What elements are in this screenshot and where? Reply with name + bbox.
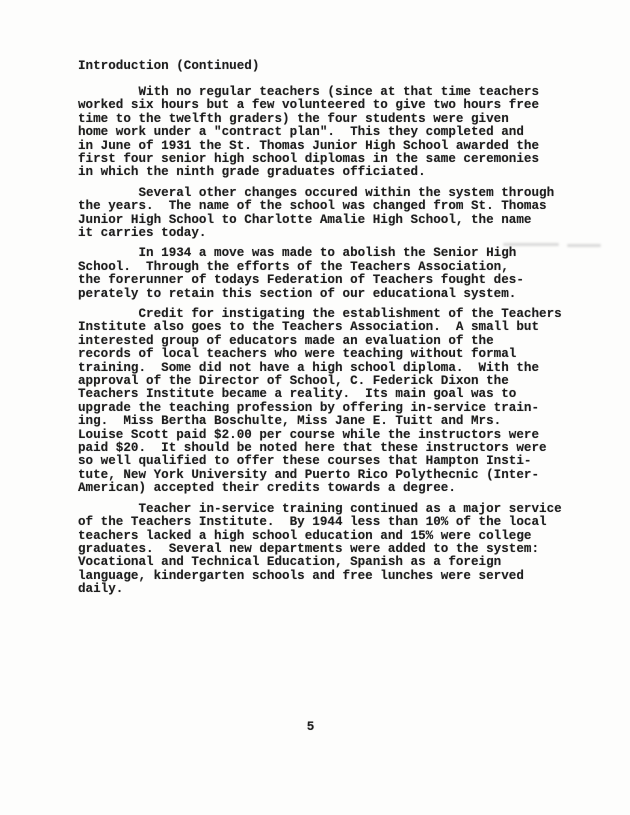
page-number: 5: [78, 721, 543, 734]
paragraph-contract-plan: With no regular teachers (since at that …: [78, 86, 578, 180]
paragraph-1934-move: In 1934 a move was made to abolish the S…: [78, 247, 578, 301]
scanned-document-page: Introduction (Continued) With no regular…: [0, 0, 630, 815]
paragraph-name-change: Several other changes occured within the…: [78, 187, 578, 241]
paragraph-teachers-institute: Credit for instigating the establishment…: [78, 308, 578, 496]
page-heading: Introduction (Continued): [78, 60, 578, 73]
scan-smudge: [503, 243, 559, 246]
text-column: Introduction (Continued) With no regular…: [78, 60, 578, 597]
paragraph-inservice-training: Teacher in-service training continued as…: [78, 503, 578, 597]
scan-smudge: [567, 244, 601, 247]
